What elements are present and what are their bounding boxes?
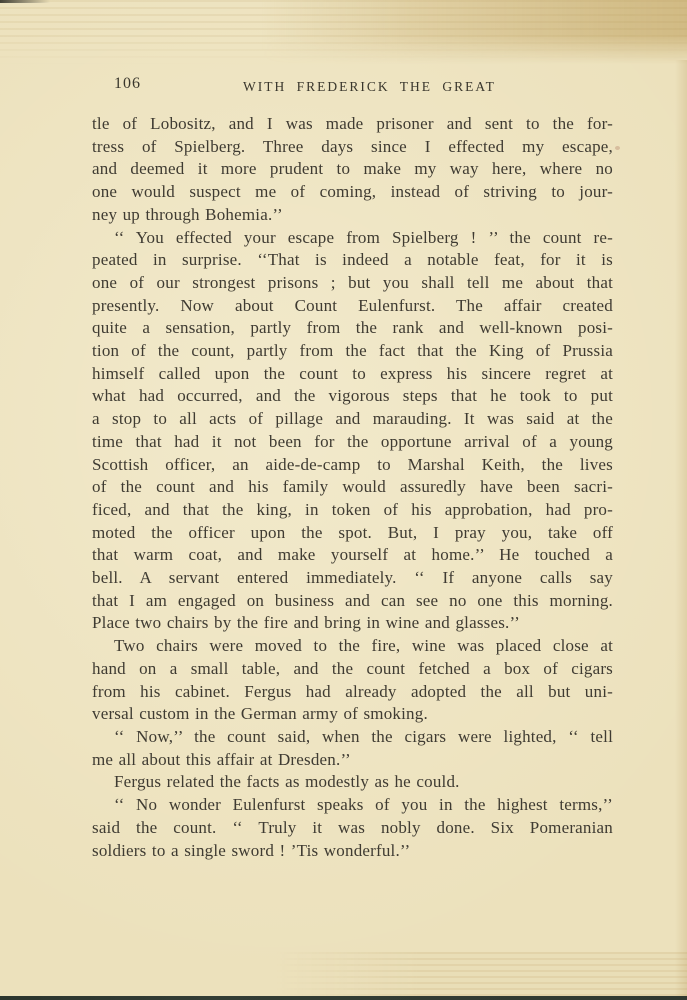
text-line: soldiers to a single sword ! ’Tis wonder… [92, 840, 613, 863]
paragraph: Two chairs were moved to the fire, wine … [92, 635, 613, 726]
text-line: ‘‘ Now,’’ the count said, when the cigar… [92, 726, 613, 749]
text-line: ficed, and that the king, in token of hi… [92, 499, 613, 522]
text-line: and deemed it more prudent to make my wa… [92, 158, 613, 181]
paragraph: ‘‘ No wonder Eulenfurst speaks of you in… [92, 794, 613, 862]
text-line: what had occurred, and the vigorous step… [92, 385, 613, 408]
page-edge-shading-right [675, 60, 687, 996]
page-text: tle of Lobositz, and I was made prisoner… [92, 113, 613, 862]
text-line: tle of Lobositz, and I was made prisoner… [92, 113, 613, 136]
text-line: versal custom in the German army of smok… [92, 703, 613, 726]
text-line: one of our strongest prisons ; but you s… [92, 272, 613, 295]
text-line: Scottish officer, an aide-de-camp to Mar… [92, 454, 613, 477]
text-line: Two chairs were moved to the fire, wine … [92, 635, 613, 658]
text-line: quite a sensation, partly from the rank … [92, 317, 613, 340]
paragraph: tle of Lobositz, and I was made prisoner… [92, 113, 613, 227]
scan-edge-bottom [0, 996, 687, 1000]
paragraph: ‘‘ You effected your escape from Spielbe… [92, 227, 613, 636]
text-line: that I am engaged on business and can se… [92, 590, 613, 613]
text-line: moted the officer upon the spot. But, I … [92, 522, 613, 545]
text-line: tress of Spielberg. Three days since I e… [92, 136, 613, 159]
paragraph: Fergus related the facts as modestly as … [92, 771, 613, 794]
text-line: of the count and his family would assure… [92, 476, 613, 499]
text-line: said the count. ‘‘ Truly it was nobly do… [92, 817, 613, 840]
text-line: presently. Now about Count Eulenfurst. T… [92, 295, 613, 318]
page-number: 106 [114, 75, 141, 93]
running-header: WITH FREDERICK THE GREAT [243, 79, 496, 95]
text-line: one would suspect me of coming, instead … [92, 181, 613, 204]
page-curl-shadow-bottom [275, 952, 687, 996]
scan-edge-top-left [0, 0, 50, 3]
book-page-scan: 106 WITH FREDERICK THE GREAT tle of Lobo… [0, 0, 687, 1000]
text-line: a stop to all acts of pillage and maraud… [92, 408, 613, 431]
text-line: from his cabinet. Fergus had already ado… [92, 681, 613, 704]
text-line: ‘‘ No wonder Eulenfurst speaks of you in… [92, 794, 613, 817]
paper-speck [615, 146, 620, 150]
text-line: bell. A servant entered immediately. ‘‘ … [92, 567, 613, 590]
text-line: time that had it not been for the opport… [92, 431, 613, 454]
text-line: tion of the count, partly from the fact … [92, 340, 613, 363]
text-line: that warm coat, and make yourself at hom… [92, 544, 613, 567]
text-line: me all about this affair at Dresden.’’ [92, 749, 613, 772]
text-line: Place two chairs by the fire and bring i… [92, 612, 613, 635]
text-line: Fergus related the facts as modestly as … [92, 771, 613, 794]
text-line: ‘‘ You effected your escape from Spielbe… [92, 227, 613, 250]
text-line: hand on a small table, and the count fet… [92, 658, 613, 681]
page-curl-shadow-top [0, 0, 687, 64]
paragraph: ‘‘ Now,’’ the count said, when the cigar… [92, 726, 613, 771]
text-line: ney up through Bohemia.’’ [92, 204, 613, 227]
text-line: himself called upon the count to express… [92, 363, 613, 386]
text-line: peated in surprise. ‘‘That is indeed a n… [92, 249, 613, 272]
